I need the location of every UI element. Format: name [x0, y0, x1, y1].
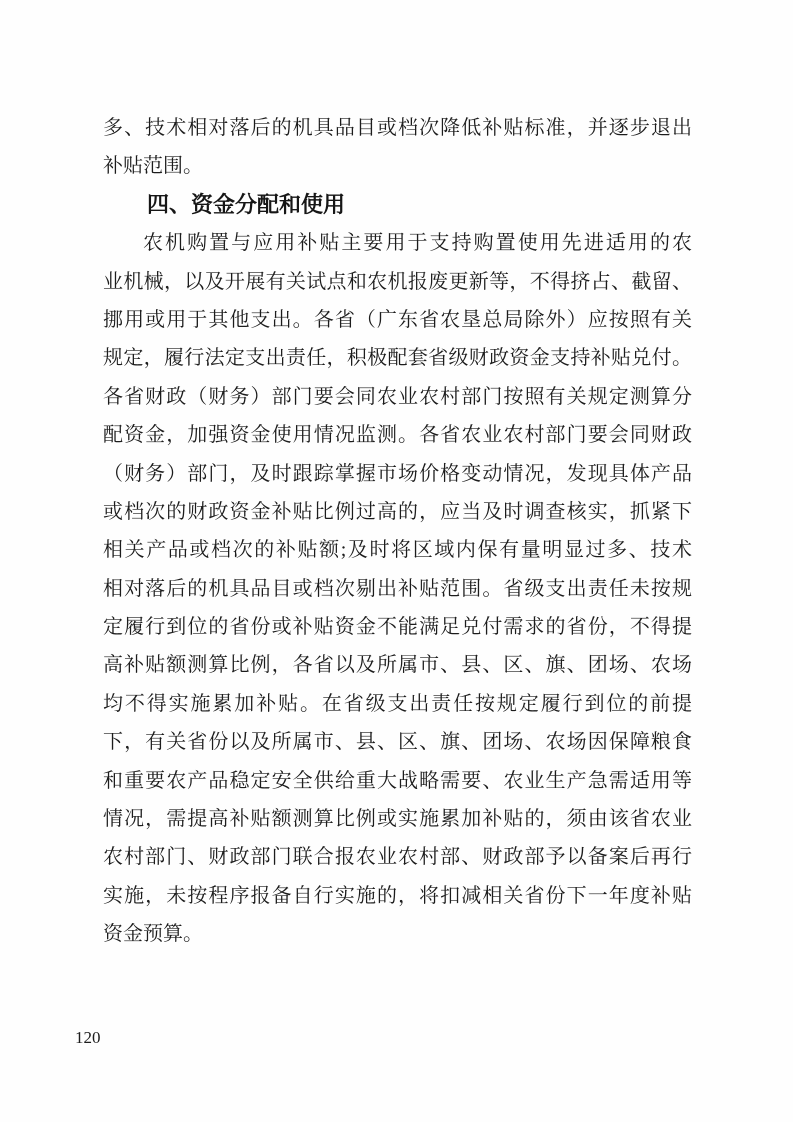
text-line: 农村部门、财政部门联合报农业农村部、财政部予以备案后再行 [103, 838, 692, 876]
text-line: 下，有关省份以及所属市、县、区、旗、团场、农场因保障粮食 [103, 723, 692, 761]
text-line: 情况，需提高补贴额测算比例或实施累加补贴的，须由该省农业 [103, 800, 692, 838]
text-line: （财务）部门，及时跟踪掌握市场价格变动情况，发现具体产品 [103, 455, 692, 493]
text-line: 挪用或用于其他支出。各省（广东省农垦总局除外）应按照有关 [103, 301, 692, 339]
text-line: 定履行到位的省份或补贴资金不能满足兑付需求的省份，不得提 [103, 608, 692, 646]
text-line: 资金预算。 [103, 915, 692, 953]
text-line: 相对落后的机具品目或档次剔出补贴范围。省级支出责任未按规 [103, 570, 692, 608]
page-number: 120 [75, 1028, 101, 1048]
document-body: 多、技术相对落后的机具品目或档次降低补贴标准，并逐步退出 补贴范围。 四、资金分… [103, 109, 692, 954]
text-line: 多、技术相对落后的机具品目或档次降低补贴标准，并逐步退出 [103, 109, 692, 147]
text-line: 高补贴额测算比例，各省以及所属市、县、区、旗、团场、农场 [103, 646, 692, 684]
text-line: 补贴范围。 [103, 147, 692, 185]
text-line: 配资金，加强资金使用情况监测。各省农业农村部门要会同财政 [103, 416, 692, 454]
text-line: 相关产品或档次的补贴额;及时将区域内保有量明显过多、技术 [103, 531, 692, 569]
text-line: 和重要农产品稳定安全供给重大战略需要、农业生产急需适用等 [103, 762, 692, 800]
document-page: 多、技术相对落后的机具品目或档次降低补贴标准，并逐步退出 补贴范围。 四、资金分… [0, 0, 793, 1122]
text-line: 均不得实施累加补贴。在省级支出责任按规定履行到位的前提 [103, 685, 692, 723]
text-line: 规定，履行法定支出责任，积极配套省级财政资金支持补贴兑付。 [103, 339, 692, 377]
text-line: 农机购置与应用补贴主要用于支持购置使用先进适用的农 [103, 224, 692, 262]
text-line: 实施，未按程序报备自行实施的，将扣减相关省份下一年度补贴 [103, 877, 692, 915]
text-line: 或档次的财政资金补贴比例过高的，应当及时调查核实，抓紧下 [103, 493, 692, 531]
section-heading: 四、资金分配和使用 [103, 186, 692, 224]
text-line: 业机械，以及开展有关试点和农机报废更新等，不得挤占、截留、 [103, 263, 692, 301]
text-line: 各省财政（财务）部门要会同农业农村部门按照有关规定测算分 [103, 378, 692, 416]
